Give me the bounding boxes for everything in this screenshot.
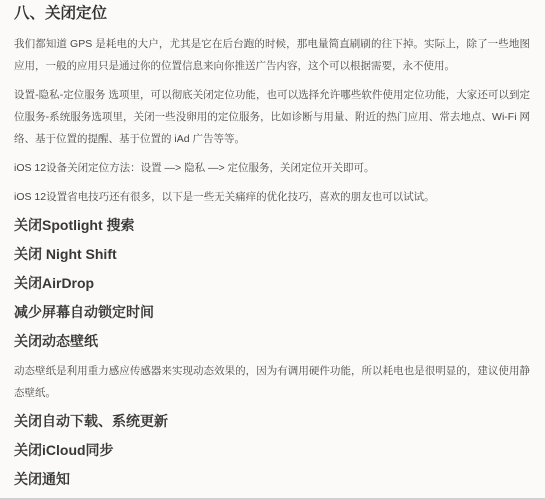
subheading-live-wallpaper: 关闭动态壁纸 xyxy=(14,331,530,351)
subheading-airdrop: 关闭AirDrop xyxy=(14,273,530,293)
subheading-auto-lock: 减少屏幕自动锁定时间 xyxy=(14,302,530,322)
subheading-night-shift: 关闭 Night Shift xyxy=(14,244,530,264)
paragraph-settings-privacy: 设置-隐私-定位服务 选项里，可以彻底关闭定位功能，也可以选择允许哪些软件使用定… xyxy=(14,84,530,150)
subheading-notifications: 关闭通知 xyxy=(14,469,530,489)
subheading-spotlight: 关闭Spotlight 搜索 xyxy=(14,215,530,235)
article-body: 八、关闭定位 我们都知道 GPS 是耗电的大户，尤其是它在后台跑的时候，那电量简… xyxy=(0,0,545,500)
subheading-auto-download: 关闭自动下载、系统更新 xyxy=(14,411,530,431)
paragraph-ios12-method: iOS 12设备关闭定位方法：设置 —> 隐私 —> 定位服务，关闭定位开关即可… xyxy=(14,157,530,179)
subheading-icloud-sync: 关闭iCloud同步 xyxy=(14,440,530,460)
section-title: 八、关闭定位 xyxy=(14,3,530,25)
paragraph-more-tips: iOS 12设置省电技巧还有很多，以下是一些无关痛痒的优化技巧，喜欢的朋友也可以… xyxy=(14,186,530,208)
paragraph-live-wallpaper-note: 动态壁纸是利用重力感应传感器来实现动态效果的，因为有调用硬件功能，所以耗电也是很… xyxy=(14,360,530,404)
paragraph-gps-intro: 我们都知道 GPS 是耗电的大户，尤其是它在后台跑的时候，那电量简直刷刷的往下掉… xyxy=(14,33,530,77)
